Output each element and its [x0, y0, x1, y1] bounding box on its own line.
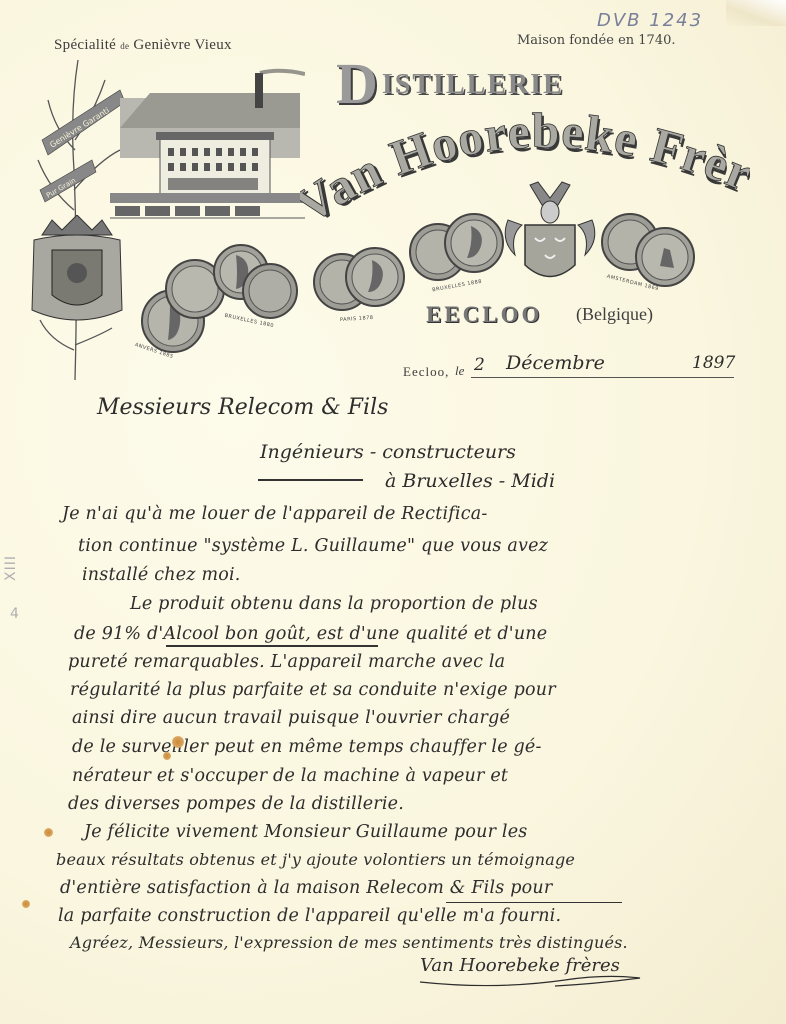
margin-roman-numeral: XIII [3, 555, 19, 581]
archive-reference: DVB 1243 [597, 10, 703, 31]
body-line-2: tion continue "système L. Guillaume" que… [78, 536, 548, 556]
body-line-15: la parfaite construction de l'appareil q… [58, 906, 561, 926]
foxing-stain [172, 736, 184, 748]
body-line-10: nérateur et s'occuper de la machine à va… [72, 766, 508, 786]
foxing-stain [44, 828, 53, 837]
factory-illustration [110, 68, 305, 228]
date-rule [471, 377, 734, 378]
country-title: (Belgique) [576, 304, 653, 325]
date-month: Décembre [506, 352, 605, 374]
margin-number: 4 [10, 606, 19, 622]
body-line-5: de 91% d'Alcool bon goût, est d'une qual… [74, 624, 547, 644]
date-year: 1897 [692, 353, 735, 373]
ribbon-text-1: Genièvre Garanti [48, 105, 111, 150]
town-title: EECLOO [426, 302, 542, 328]
body-line-9: de le surveiller peut en même temps chau… [72, 737, 542, 757]
body-line-12: Je félicite vivement Monsieur Guillaume … [84, 822, 527, 842]
company-name: Van Hoorebeke Frères Van Hoorebeke Frère… [300, 100, 750, 250]
company-name-text: Van Hoorebeke Frères [300, 100, 750, 234]
body-underline-relecom [446, 902, 622, 903]
body-underline-alcool [166, 645, 378, 647]
paper-corner-fold [726, 0, 786, 26]
founded-text: Maison fondée en 1740. [517, 33, 676, 48]
recipient-name: Messieurs Relecom & Fils [97, 395, 388, 420]
medal-label-paris: PARIS 1878 [340, 315, 374, 323]
body-line-7: régularité la plus parfaite et sa condui… [70, 680, 556, 700]
company-type-rest: ISTILLERIE [382, 69, 564, 100]
date-day: 2 [474, 355, 485, 375]
letter-page: DVB 1243 Spécialité de Genièvre Vieux Ma… [0, 0, 786, 1024]
foxing-stain [22, 900, 30, 908]
medal-paris-b [344, 246, 406, 308]
body-line-16: Agréez, Messieurs, l'expression de mes s… [70, 933, 628, 952]
body-line-13: beaux résultats obtenus et j'y ajoute vo… [56, 850, 575, 869]
medal-group-4 [241, 262, 299, 320]
foxing-stain [163, 752, 171, 760]
date-prefix: le [455, 363, 464, 379]
svg-text:Van Hoorebeke Frères: Van Hoorebeke Frères [300, 100, 750, 234]
body-line-11: des diverses pompes de la distillerie. [68, 794, 404, 814]
specialite-part2: Genièvre Vieux [133, 37, 231, 53]
body-line-1: Je n'ai qu'à me louer de l'appareil de R… [62, 504, 487, 524]
margin-pencil-note: XIII 4 [12, 538, 32, 628]
body-line-4: Le produit obtenu dans la proportion de … [130, 594, 538, 614]
profession-underline [258, 479, 363, 481]
body-line-8: ainsi dire aucun travail puisque l'ouvri… [72, 708, 510, 728]
body-line-6: pureté remarquables. L'appareil marche a… [68, 652, 505, 672]
recipient-city: à Bruxelles - Midi [385, 470, 555, 492]
belgian-coat-of-arms [22, 215, 132, 335]
date-place: Eecloo, [403, 364, 449, 380]
recipient-profession: Ingénieurs - constructeurs [260, 441, 516, 463]
body-line-14: d'entière satisfaction à la maison Relec… [60, 878, 552, 898]
signature-flourish-icon [415, 960, 645, 990]
body-line-3: installé chez moi. [82, 565, 241, 585]
